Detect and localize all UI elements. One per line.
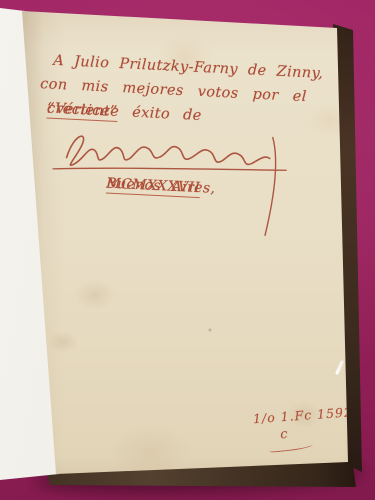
catalog-inventory-mark: 1/o 1.Fc 1592 c: [248, 403, 351, 460]
catalog-letter-underline: [269, 441, 313, 453]
dedication-line-2: con mis mejores votos por el: [40, 76, 307, 105]
book-photo-scene: A Julio Prilutzky-Farny de Zinny, con mi…: [0, 0, 375, 500]
handwritten-dedication: A Julio Prilutzky-Farny de Zinny, con mi…: [29, 46, 350, 251]
white-fiber-speck: [335, 360, 344, 375]
catalog-number: 1/o 1.Fc 1592: [253, 404, 354, 426]
catalog-letter: c: [280, 427, 288, 442]
flyleaf-page: A Julio Prilutzky-Farny de Zinny, con mi…: [0, 0, 375, 500]
dedication-line-1: A Julio Prilutzky-Farny de Zinny,: [53, 53, 324, 82]
vertice-underlined-word: “Vértice”: [46, 101, 117, 122]
dedication-line-3-colon: :: [47, 101, 53, 117]
